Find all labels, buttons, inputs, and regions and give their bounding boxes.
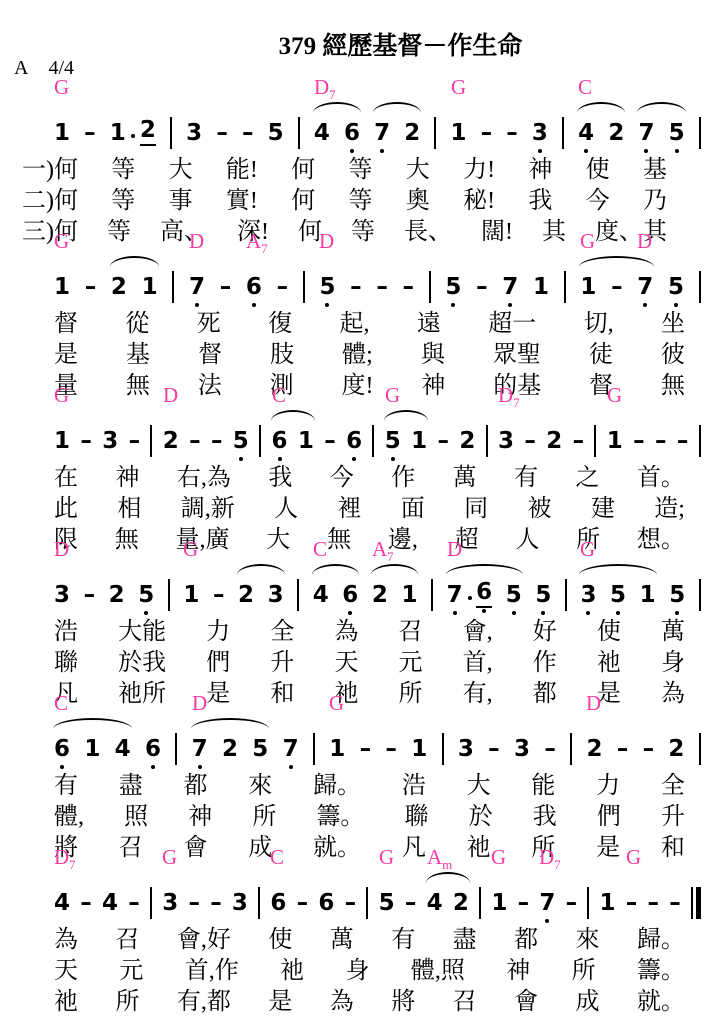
note-token: 4	[313, 582, 329, 608]
barline	[565, 579, 567, 611]
duration-dash: –	[617, 736, 629, 762]
lyrics-line: 為召會,好使萬有盡都來歸。	[10, 925, 701, 956]
lyric-cluster: 奧	[406, 186, 430, 216]
barline	[259, 425, 261, 457]
barline	[175, 733, 177, 765]
note-digit: 1	[607, 428, 623, 454]
note-token: 1	[401, 582, 417, 608]
lyric-cluster: 大	[169, 155, 193, 185]
lyrics-line: 有盡都來歸。浩大能力全	[10, 771, 701, 802]
chord-subscript: 7	[513, 395, 520, 410]
chord-label: G	[580, 538, 595, 560]
note-digit: 3	[162, 890, 178, 916]
note-digit: 1	[54, 274, 70, 300]
lyric-cluster: 體;	[342, 340, 373, 370]
note-token: 2	[404, 120, 420, 146]
lyric-cluster: 神	[188, 802, 212, 832]
octave-dot-below	[616, 611, 620, 615]
note-digit: 3	[186, 120, 202, 146]
barline	[699, 733, 701, 765]
octave-dot-below	[278, 457, 282, 461]
duration-dash: –	[211, 428, 223, 454]
duration-dash: –	[476, 274, 488, 300]
note-digit: 5	[138, 582, 154, 608]
note-digit: 2	[222, 736, 238, 762]
lyric-cluster: 萬	[453, 463, 477, 493]
octave-dot-below	[325, 303, 329, 307]
chord-label: C	[54, 692, 68, 714]
chord-label: C	[578, 76, 592, 98]
lyric-cluster: 彼	[661, 340, 685, 370]
notation-line: 1–123––546721––34275	[10, 101, 701, 155]
lyric-cluster: 秘!	[463, 186, 495, 216]
note-token: 6	[54, 736, 70, 762]
duration-dash: –	[403, 274, 415, 300]
lyric-cluster: 切,	[584, 309, 614, 339]
octave-dot-below	[584, 149, 588, 153]
note-token: 7	[539, 890, 555, 916]
lyric-cluster: 造;	[654, 494, 685, 524]
lyric-cluster: 坐	[661, 309, 685, 339]
note-digit: 4	[54, 890, 70, 916]
lyric-cluster: 之	[576, 463, 600, 493]
lyric-cluster: 歸。	[637, 925, 685, 955]
note-token: 6	[476, 579, 492, 608]
slur-arc	[110, 256, 159, 267]
octave-dot-below	[144, 611, 148, 615]
note-token: 2	[668, 736, 684, 762]
lyric-cluster: 為	[330, 987, 354, 1017]
lyric-cluster: 於我	[118, 648, 166, 678]
lyric-cluster: 升	[270, 648, 294, 678]
lyrics-line: 此相調,新人裡面同被建造;	[10, 494, 701, 525]
note-digit: 6	[344, 120, 360, 146]
lyric-cluster: 聯	[405, 802, 429, 832]
chord-subscript: 7	[261, 241, 268, 256]
note-digit: 6	[272, 428, 288, 454]
note-token: 1	[491, 890, 507, 916]
lyric-cluster: 升	[661, 802, 685, 832]
chord-label: D	[163, 384, 178, 406]
chord-label: D	[192, 692, 207, 714]
lyric-cluster: 實!	[226, 186, 258, 216]
lyric-cluster: 照	[124, 802, 148, 832]
octave-dot-below	[675, 611, 679, 615]
octave-dot-below	[198, 765, 202, 769]
note-token: 4	[578, 120, 594, 146]
note-token: 6	[272, 428, 288, 454]
lyric-cluster: 面	[401, 494, 425, 524]
duration-dash: –	[345, 890, 357, 916]
note-digit: 3	[268, 582, 284, 608]
duration-dash: –	[633, 428, 645, 454]
lyric-cluster: 們	[597, 802, 621, 832]
notation-line: 1–3–2––561–651–23–2–1–––	[10, 409, 701, 463]
music-system: GDA7DGD1–217–6–5–––5–711–75督從死復起,遠超一切,坐是…	[10, 230, 701, 384]
note-token: 1	[580, 274, 596, 300]
note-token: 3	[580, 582, 596, 608]
lyric-cluster: 盡	[453, 925, 477, 955]
barline	[172, 271, 174, 303]
note-digit: 7	[189, 274, 205, 300]
note-digit: 1	[142, 274, 158, 300]
duration-dash: –	[643, 736, 655, 762]
note-digit: 1	[491, 890, 507, 916]
note-token: 7	[447, 582, 463, 608]
lyric-cluster: 督	[54, 309, 78, 339]
note-digit: 5	[669, 120, 685, 146]
notation-line: 3–251–23462176553515	[10, 563, 701, 617]
duration-dash: –	[210, 890, 222, 916]
note-digit: 1	[401, 582, 417, 608]
note-digit: 3	[498, 428, 514, 454]
lyric-cluster: 力	[206, 617, 230, 647]
note-token: 2	[586, 736, 602, 762]
music-system: DGCA7DG3–251–23462176553515浩大能力全為召會,好使萬聯…	[10, 538, 701, 692]
octave-dot-below	[644, 149, 648, 153]
lyric-cluster: 所	[252, 802, 276, 832]
note-digit: 2	[111, 274, 127, 300]
octave-dot-below	[350, 149, 354, 153]
note-digit: 3	[54, 582, 70, 608]
note-token: 4	[54, 890, 70, 916]
note-digit: 1	[411, 428, 427, 454]
note-digit: 5	[669, 582, 685, 608]
lyric-cluster: 乃	[643, 186, 667, 216]
note-token: 3	[162, 890, 178, 916]
lyric-cluster: 神	[506, 956, 530, 986]
note-digit: 1	[640, 582, 656, 608]
lyric-cluster: 肢	[270, 340, 294, 370]
note-token: 1	[451, 120, 467, 146]
note-token: 3	[54, 582, 70, 608]
duration-dash: –	[626, 890, 638, 916]
note-digit: 4	[313, 582, 329, 608]
lyric-cluster: 與	[421, 340, 445, 370]
barline	[313, 733, 315, 765]
lyric-cluster: 神	[528, 155, 552, 185]
note-digit: 2	[163, 428, 179, 454]
duration-dash: –	[376, 274, 388, 300]
note-token: 2	[459, 428, 475, 454]
barline	[562, 117, 564, 149]
duration-dash: –	[677, 428, 689, 454]
duration-dash: –	[129, 428, 141, 454]
octave-dot-below	[545, 919, 549, 923]
chord-label: G	[379, 846, 394, 868]
octave-dot-below	[508, 303, 512, 307]
lyric-cluster: 是	[268, 987, 292, 1017]
lyric-cluster: 是	[54, 340, 78, 370]
chord-label: G	[580, 230, 595, 252]
chord-row: GDCGD7G	[10, 384, 701, 409]
octave-dot-below	[674, 303, 678, 307]
lyric-cluster: 事	[169, 186, 193, 216]
chord-subscript: 7	[387, 549, 394, 564]
lyric-cluster: 同	[464, 494, 488, 524]
music-system: D7GCGAmGD7G4–4–3––36–6–5–421–7–1–––為召會,好…	[10, 846, 701, 1000]
note-digit: 1	[580, 274, 596, 300]
note-token: 2	[222, 736, 238, 762]
note-token: 1	[411, 736, 427, 762]
note-digit: 1	[110, 120, 126, 146]
lyric-cluster: 基	[126, 340, 150, 370]
duration-dash: –	[506, 120, 518, 146]
music-system: GDCGD7G1–3–2––561–651–23–2–1–––在神右,為我今作萬…	[10, 384, 701, 538]
lyric-cluster: 來	[248, 771, 272, 801]
chord-label: G	[607, 384, 622, 406]
note-token: 2	[109, 582, 125, 608]
note-digit: 2	[608, 120, 624, 146]
note-digit: 1	[54, 428, 70, 454]
chord-label: G	[54, 384, 69, 406]
lyric-cluster: 浩	[402, 771, 426, 801]
note-token: 1	[411, 428, 427, 454]
lyric-cluster: 們	[206, 648, 230, 678]
octave-dot-below	[151, 765, 155, 769]
note-token: 3	[514, 736, 530, 762]
lyric-cluster: 眾聖	[493, 340, 541, 370]
lyric-cluster: 為	[334, 617, 358, 647]
note-digit: 5	[233, 428, 249, 454]
octave-dot-below	[482, 609, 486, 613]
lyric-cluster: 聯	[54, 648, 78, 678]
lyric-cluster: 此	[54, 494, 78, 524]
slur-arc	[373, 102, 421, 113]
lyric-cluster: 一)何	[22, 155, 78, 185]
note-token: 5	[379, 890, 395, 916]
slur-arc	[313, 102, 361, 113]
note-digit: 3	[102, 428, 118, 454]
note-digit: 1	[54, 120, 70, 146]
duration-dash: –	[573, 428, 585, 454]
barline	[372, 425, 374, 457]
lyric-cluster: 元	[119, 956, 143, 986]
note-digit: 6	[342, 582, 358, 608]
note-token: 1	[54, 274, 70, 300]
lyric-cluster: 所	[572, 956, 596, 986]
barline	[434, 117, 436, 149]
chord-label: G	[491, 846, 506, 868]
octave-dot-below	[453, 611, 457, 615]
lyric-cluster: 萬	[330, 925, 354, 955]
lyric-cluster: 體,	[54, 802, 84, 832]
lyric-cluster: 力	[596, 771, 620, 801]
duration-dash: –	[213, 582, 225, 608]
chord-subscript: 7	[69, 857, 76, 872]
note-token: 4	[314, 120, 330, 146]
note-digit: 2	[404, 120, 420, 146]
note-token: 7	[637, 274, 653, 300]
note-digit: 4	[314, 120, 330, 146]
barline	[699, 117, 701, 149]
note-token: 4	[427, 890, 443, 916]
duration-dash: –	[188, 890, 200, 916]
lyric-cluster: 有	[391, 925, 415, 955]
note-token: 1	[607, 428, 623, 454]
chord-label: G	[626, 846, 641, 868]
note-token: 1	[84, 736, 100, 762]
note-token: 6	[318, 890, 334, 916]
lyric-cluster: 能	[531, 771, 555, 801]
chord-label: G	[183, 538, 198, 560]
duration-dash: –	[128, 890, 140, 916]
lyric-cluster: 會	[514, 987, 538, 1017]
note-token: 5	[535, 582, 551, 608]
note-digit: 2	[238, 582, 254, 608]
chord-label: C	[272, 384, 286, 406]
note-token: 5	[268, 120, 284, 146]
lyric-cluster: 何	[291, 155, 315, 185]
note-token: 1	[54, 120, 70, 146]
lyrics-line: 一)何等大能!何等大力!神使基	[10, 155, 701, 186]
lyric-cluster: 首,作	[185, 956, 239, 986]
note-digit: 5	[535, 582, 551, 608]
chord-label: G	[329, 692, 344, 714]
lyrics-line: 體,照神所籌。聯於我們升	[10, 802, 701, 833]
barline	[587, 887, 589, 919]
augmentation-dot	[131, 134, 135, 138]
lyric-cluster: 建	[591, 494, 615, 524]
lyric-cluster: 今	[586, 186, 610, 216]
octave-dot-below	[391, 457, 395, 461]
lyric-cluster: 好	[533, 617, 557, 647]
note-token: 2	[163, 428, 179, 454]
note-token: 7	[502, 274, 518, 300]
duration-dash: –	[277, 274, 289, 300]
note-digit: 2	[459, 428, 475, 454]
duration-dash: –	[360, 736, 372, 762]
note-digit: 2	[453, 890, 469, 916]
note-digit: 3	[458, 736, 474, 762]
barline	[431, 579, 433, 611]
lyric-cluster: 天	[54, 956, 78, 986]
chord-label: C	[270, 846, 284, 868]
barline	[442, 733, 444, 765]
systems: GD7GC1–123––546721––34275一)何等大能!何等大力!神使基…	[10, 76, 701, 1000]
duration-dash: –	[84, 582, 96, 608]
lyric-cluster: 等	[111, 186, 135, 216]
lyric-cluster: 二)何	[22, 186, 78, 216]
lyric-cluster: 召	[453, 987, 477, 1017]
slur-arc	[191, 718, 269, 729]
lyric-cluster: 萬	[661, 617, 685, 647]
lyric-cluster: 等	[111, 155, 135, 185]
lyric-cluster: 都	[514, 925, 538, 955]
barline	[699, 579, 701, 611]
note-digit: 7	[447, 582, 463, 608]
lyric-cluster: 籌。	[316, 802, 364, 832]
note-digit: 6	[476, 579, 492, 608]
note-token: 1	[142, 274, 158, 300]
note-digit: 6	[54, 736, 70, 762]
octave-dot-below	[195, 303, 199, 307]
duration-dash: –	[85, 274, 97, 300]
lyric-cluster: 作	[391, 463, 415, 493]
note-token: 5	[233, 428, 249, 454]
note-token: 6	[342, 582, 358, 608]
note-token: 7	[192, 736, 208, 762]
note-digit: 3	[580, 582, 596, 608]
note-token: 1	[298, 428, 314, 454]
note-digit: 5	[379, 890, 395, 916]
lyric-cluster: 使	[268, 925, 292, 955]
lyric-cluster: 今	[330, 463, 354, 493]
lyric-cluster: 力!	[463, 155, 495, 185]
note-token: 3	[532, 120, 548, 146]
octave-dot-below	[538, 149, 542, 153]
lyric-cluster: 為	[54, 925, 78, 955]
note-digit: 5	[385, 428, 401, 454]
lyric-cluster: 元	[399, 648, 423, 678]
note-token: 5	[668, 274, 684, 300]
barline	[150, 425, 152, 457]
note-digit: 6	[246, 274, 262, 300]
lyrics-line: 督從死復起,遠超一切,坐	[10, 309, 701, 340]
octave-dot-below	[380, 149, 384, 153]
lyric-cluster: 全	[661, 771, 685, 801]
lyric-cluster: 會,	[463, 617, 493, 647]
barline	[479, 887, 481, 919]
lyric-cluster: 在	[54, 463, 78, 493]
duration-dash: –	[524, 428, 536, 454]
lyric-cluster: 右,為	[177, 463, 231, 493]
notation-line: 1–217–6–5–––5–711–75	[10, 255, 701, 309]
lyric-cluster: 相	[117, 494, 141, 524]
note-token: 2	[111, 274, 127, 300]
lyric-cluster: 基	[643, 155, 667, 185]
note-digit: 7	[539, 890, 555, 916]
note-token: 6	[246, 274, 262, 300]
notation-line: 614672571––13–3–2––2	[10, 717, 701, 771]
octave-dot-below	[643, 303, 647, 307]
note-digit: 5	[610, 582, 626, 608]
chord-subscript: 7	[329, 87, 336, 102]
duration-dash: –	[488, 736, 500, 762]
note-token: 1	[329, 736, 345, 762]
duration-dash: –	[481, 120, 493, 146]
lyric-cluster: 我	[268, 463, 292, 493]
lyric-cluster: 將	[391, 987, 415, 1017]
note-digit: 1	[600, 890, 616, 916]
note-token: 5	[610, 582, 626, 608]
note-digit: 5	[668, 274, 684, 300]
duration-dash: –	[566, 890, 578, 916]
chord-label: G	[54, 76, 69, 98]
note-token: 7	[374, 120, 390, 146]
barline	[570, 733, 572, 765]
lyric-cluster: 有,都	[177, 987, 231, 1017]
lyric-cluster: 首。	[637, 463, 685, 493]
lyric-cluster: 作	[533, 648, 557, 678]
lyric-cluster: 歸。	[313, 771, 361, 801]
duration-dash: –	[84, 120, 96, 146]
note-digit: 2	[668, 736, 684, 762]
slur-arc	[237, 564, 285, 575]
note-token: 2	[238, 582, 254, 608]
duration-dash: –	[611, 274, 623, 300]
chord-label: D	[189, 230, 204, 252]
slur-arc	[371, 564, 418, 575]
barline	[303, 271, 305, 303]
lyric-cluster: 都	[184, 771, 208, 801]
chord-label: D	[319, 230, 334, 252]
note-token: 3	[232, 890, 248, 916]
note-digit: 7	[502, 274, 518, 300]
duration-dash: –	[350, 274, 362, 300]
octave-dot-below	[239, 457, 243, 461]
barline	[429, 271, 431, 303]
